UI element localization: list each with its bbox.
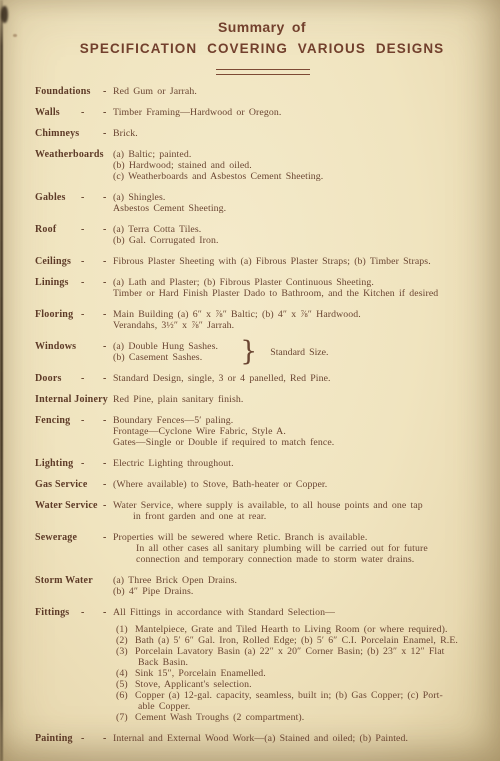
row-dash: - xyxy=(103,415,107,426)
spec-line: All Fittings in accordance with Standard… xyxy=(113,607,488,618)
spec-row: Water Service-Water Service, where suppl… xyxy=(35,500,488,522)
heading-subtitle: Summary of xyxy=(12,19,500,35)
row-content: (a) Baltic; painted.(b) Hardwood; staine… xyxy=(113,149,488,182)
spec-line: (b) 4″ Pipe Drains. xyxy=(113,586,488,597)
row-label-cell: Gables-- xyxy=(35,192,113,214)
spec-line: (a) Baltic; painted. xyxy=(113,149,488,160)
row-label-cell: Walls-- xyxy=(35,107,113,118)
brace-note: Standard Size. xyxy=(270,347,328,358)
row-content: Internal and External Wood Work—(a) Stai… xyxy=(113,733,488,744)
row-label-cell: Linings-- xyxy=(35,277,113,299)
spec-line: (a) Lath and Plaster; (b) Fibrous Plaste… xyxy=(113,277,488,288)
spec-line: (6)Copper (a) 12-gal. capacity, seamless… xyxy=(113,690,488,701)
spec-line: (2)Bath (a) 5′ 6″ Gal. Iron, Rolled Edge… xyxy=(113,635,488,646)
row-dash: - xyxy=(81,458,85,469)
page-heading: Summary of SPECIFICATION COVERING VARIOU… xyxy=(12,0,500,56)
spec-line: (b) Hardwood; stained and oiled. xyxy=(113,160,488,171)
row-dash: - xyxy=(81,107,85,118)
spec-line: Standard Design, single, 3 or 4 panelled… xyxy=(113,373,488,384)
row-label: Gables xyxy=(35,192,66,203)
row-dash: - xyxy=(81,733,85,744)
row-dash: - xyxy=(103,309,107,320)
row-content: Standard Design, single, 3 or 4 panelled… xyxy=(113,373,488,384)
row-content: Main Building (a) 6″ x ⅞″ Baltic; (b) 4″… xyxy=(113,309,488,331)
item-text: Copper (a) 12-gal. capacity, seamless, b… xyxy=(135,690,443,701)
item-text: Bath (a) 5′ 6″ Gal. Iron, Rolled Edge; (… xyxy=(135,635,458,646)
spec-line: (c) Weatherboards and Asbestos Cement Sh… xyxy=(113,171,488,182)
spec-line: able Copper. xyxy=(113,701,488,712)
spec-row: Gas Service-(Where available) to Stove, … xyxy=(35,479,488,490)
spec-line: Electric Lighting throughout. xyxy=(113,458,488,469)
spec-line: Main Building (a) 6″ x ⅞″ Baltic; (b) 4″… xyxy=(113,309,488,320)
row-dash: - xyxy=(103,224,107,235)
row-content: Timber Framing—Hardwood or Oregon. xyxy=(113,107,488,118)
spec-line: Boundary Fences—5′ paling. xyxy=(113,415,488,426)
row-content: (a) Three Brick Open Drains.(b) 4″ Pipe … xyxy=(113,575,488,597)
row-dash: - xyxy=(81,192,85,203)
spec-line: (7)Cement Wash Troughs (2 compartment). xyxy=(113,712,488,723)
spec-line: In all other cases all sanitary plumbing… xyxy=(113,543,488,554)
spec-row: Painting--Internal and External Wood Wor… xyxy=(35,733,488,744)
row-dash: - xyxy=(81,373,85,384)
spec-row: Walls--Timber Framing—Hardwood or Oregon… xyxy=(35,107,488,118)
row-label: Walls xyxy=(35,107,60,118)
row-dash: - xyxy=(103,277,107,288)
spec-line: (5)Stove, Applicant's selection. xyxy=(113,679,488,690)
spec-row: Flooring--Main Building (a) 6″ x ⅞″ Balt… xyxy=(35,309,488,331)
spec-line: (a) Double Hung Sashes. xyxy=(113,341,218,352)
item-number: (7) xyxy=(116,712,135,723)
row-label: Sewerage xyxy=(35,532,77,543)
row-label-cell: Doors-- xyxy=(35,373,113,384)
spec-row: Fencing--Boundary Fences—5′ paling.Front… xyxy=(35,415,488,448)
item-text: Sink 15″, Porcelain Enamelled. xyxy=(135,668,266,679)
row-dash: - xyxy=(103,107,107,118)
spec-line: Back Basin. xyxy=(113,657,488,668)
spec-line: (Where available) to Stove, Bath-heater … xyxy=(113,479,488,490)
row-label: Flooring xyxy=(35,309,73,320)
item-number: (4) xyxy=(116,668,135,679)
spec-row: Doors--Standard Design, single, 3 or 4 p… xyxy=(35,373,488,384)
spec-line: (b) Casement Sashes. xyxy=(113,352,218,363)
row-label-cell: Sewerage- xyxy=(35,532,113,565)
spec-row: Windows-(a) Double Hung Sashes.(b) Casem… xyxy=(35,341,488,363)
row-label-cell: Windows- xyxy=(35,341,113,363)
row-dash: - xyxy=(103,373,107,384)
spec-row: Storm Water(a) Three Brick Open Drains.(… xyxy=(35,575,488,597)
spec-row: Linings--(a) Lath and Plaster; (b) Fibro… xyxy=(35,277,488,299)
spec-line: Water Service, where supply is available… xyxy=(113,500,488,511)
spec-row: Gables--(a) Shingles.Asbestos Cement She… xyxy=(35,192,488,214)
windows-options: (a) Double Hung Sashes.(b) Casement Sash… xyxy=(113,341,488,363)
row-label: Windows xyxy=(35,341,76,352)
item-number: (6) xyxy=(116,690,135,701)
row-content: Red Pine, plain sanitary finish. xyxy=(113,394,488,405)
scan-corner-mark xyxy=(1,6,8,23)
spec-line: (4)Sink 15″, Porcelain Enamelled. xyxy=(113,668,488,679)
spec-row: Sewerage-Properties will be sewered wher… xyxy=(35,532,488,565)
row-content: (a) Shingles.Asbestos Cement Sheeting. xyxy=(113,192,488,214)
row-dash: - xyxy=(103,733,107,744)
double-rule-divider xyxy=(216,69,310,75)
row-label-cell: Gas Service- xyxy=(35,479,113,490)
row-dash: - xyxy=(103,607,107,618)
row-dash: - xyxy=(81,607,85,618)
row-dash: - xyxy=(81,309,85,320)
spec-line: connection and temporary connection made… xyxy=(113,554,488,565)
row-label: Lighting xyxy=(35,458,73,469)
row-content: Red Gum or Jarrah. xyxy=(113,86,488,97)
windows-option-lines: (a) Double Hung Sashes.(b) Casement Sash… xyxy=(113,341,218,363)
row-label-cell: Painting-- xyxy=(35,733,113,744)
spec-line: (1)Mantelpiece, Grate and Tiled Hearth t… xyxy=(113,624,488,635)
spec-line: Timber Framing—Hardwood or Oregon. xyxy=(113,107,488,118)
spec-line: Asbestos Cement Sheeting. xyxy=(113,203,488,214)
row-dash: - xyxy=(103,86,107,97)
spec-row: Roof--(a) Terra Cotta Tiles.(b) Gal. Cor… xyxy=(35,224,488,246)
row-dash: - xyxy=(103,458,107,469)
item-number: (2) xyxy=(116,635,135,646)
spec-row: Lighting--Electric Lighting throughout. xyxy=(35,458,488,469)
row-label: Fittings xyxy=(35,607,69,618)
row-dash: - xyxy=(81,277,85,288)
item-text: Stove, Applicant's selection. xyxy=(135,679,252,690)
row-content: (a) Double Hung Sashes.(b) Casement Sash… xyxy=(113,341,488,363)
row-label-cell: Chimneys- xyxy=(35,128,113,139)
row-content: (a) Lath and Plaster; (b) Fibrous Plaste… xyxy=(113,277,488,299)
spec-line: Fibrous Plaster Sheeting with (a) Fibrou… xyxy=(113,256,488,267)
row-label-cell: Lighting-- xyxy=(35,458,113,469)
row-label-cell: Internal Joinery xyxy=(35,394,113,405)
row-label: Water Service xyxy=(35,500,98,511)
row-content: Electric Lighting throughout. xyxy=(113,458,488,469)
spec-line: Red Pine, plain sanitary finish. xyxy=(113,394,488,405)
row-label: Doors xyxy=(35,373,62,384)
row-content: All Fittings in accordance with Standard… xyxy=(113,607,488,723)
item-number: (1) xyxy=(116,624,135,635)
spec-line: Timber or Hard Finish Plaster Dado to Ba… xyxy=(113,288,488,299)
row-dash: - xyxy=(103,192,107,203)
row-label: Chimneys xyxy=(35,128,79,139)
item-text: Porcelain Lavatory Basin (a) 22″ x 20″ C… xyxy=(135,646,445,657)
row-label: Roof xyxy=(35,224,56,235)
page-left-edge-shadow xyxy=(0,0,3,761)
spec-row: Fittings--All Fittings in accordance wit… xyxy=(35,607,488,723)
spec-line: Gates—Single or Double if required to ma… xyxy=(113,437,488,448)
spec-line: (a) Terra Cotta Tiles. xyxy=(113,224,488,235)
item-number: (3) xyxy=(116,646,135,657)
row-label-cell: Flooring-- xyxy=(35,309,113,331)
row-label: Ceilings xyxy=(35,256,71,267)
row-label-cell: Ceilings-- xyxy=(35,256,113,267)
spec-row: Weatherboards(a) Baltic; painted.(b) Har… xyxy=(35,149,488,182)
row-label-cell: Foundations- xyxy=(35,86,113,97)
spec-line: Frontage—Cyclone Wire Fabric, Style A. xyxy=(113,426,488,437)
spec-line: Properties will be sewered where Retic. … xyxy=(113,532,488,543)
row-label: Storm Water xyxy=(35,575,93,586)
spec-line: Internal and External Wood Work—(a) Stai… xyxy=(113,733,488,744)
row-content: Properties will be sewered where Retic. … xyxy=(113,532,488,565)
row-label: Fencing xyxy=(35,415,70,426)
row-dash: - xyxy=(81,224,85,235)
spec-line: Red Gum or Jarrah. xyxy=(113,86,488,97)
spec-line: (3)Porcelain Lavatory Basin (a) 22″ x 20… xyxy=(113,646,488,657)
row-label-cell: Fittings-- xyxy=(35,607,113,723)
row-dash: - xyxy=(103,532,107,543)
row-content: (a) Terra Cotta Tiles.(b) Gal. Corrugate… xyxy=(113,224,488,246)
row-label: Linings xyxy=(35,277,69,288)
row-dash: - xyxy=(103,479,107,490)
row-label: Gas Service xyxy=(35,479,87,490)
row-label-cell: Storm Water xyxy=(35,575,113,597)
spec-row: Chimneys-Brick. xyxy=(35,128,488,139)
spec-line: (a) Shingles. xyxy=(113,192,488,203)
spec-line: Brick. xyxy=(113,128,488,139)
spec-row: Ceilings--Fibrous Plaster Sheeting with … xyxy=(35,256,488,267)
spec-row: Internal JoineryRed Pine, plain sanitary… xyxy=(35,394,488,405)
scanned-specification-page: Summary of SPECIFICATION COVERING VARIOU… xyxy=(0,0,500,761)
row-dash: - xyxy=(103,256,107,267)
row-label-cell: Water Service- xyxy=(35,500,113,522)
spec-rows: Foundations-Red Gum or Jarrah.Walls--Tim… xyxy=(0,75,500,744)
row-content: Boundary Fences—5′ paling.Frontage—Cyclo… xyxy=(113,415,488,448)
page-title: SPECIFICATION COVERING VARIOUS DESIGNS xyxy=(12,41,500,56)
item-number: (5) xyxy=(116,679,135,690)
item-text: Cement Wash Troughs (2 compartment). xyxy=(135,712,304,723)
row-content: Fibrous Plaster Sheeting with (a) Fibrou… xyxy=(113,256,488,267)
row-dash: - xyxy=(103,128,107,139)
row-content: Water Service, where supply is available… xyxy=(113,500,488,522)
row-content: Brick. xyxy=(113,128,488,139)
row-dash: - xyxy=(81,415,85,426)
spec-line: (a) Three Brick Open Drains. xyxy=(113,575,488,586)
row-label: Foundations xyxy=(35,86,91,97)
row-label: Internal Joinery xyxy=(35,394,108,405)
spec-line: in front garden and one at rear. xyxy=(113,511,488,522)
row-label-cell: Fencing-- xyxy=(35,415,113,448)
spec-row: Foundations-Red Gum or Jarrah. xyxy=(35,86,488,97)
row-dash: - xyxy=(103,500,107,511)
row-label-cell: Weatherboards xyxy=(35,149,113,182)
item-text: Mantelpiece, Grate and Tiled Hearth to L… xyxy=(135,624,448,635)
row-dash: - xyxy=(103,341,107,352)
row-dash: - xyxy=(81,256,85,267)
spec-line: (b) Gal. Corrugated Iron. xyxy=(113,235,488,246)
spec-line: Verandahs, 3½″ x ⅞″ Jarrah. xyxy=(113,320,488,331)
row-label: Painting xyxy=(35,733,73,744)
row-content: (Where available) to Stove, Bath-heater … xyxy=(113,479,488,490)
row-label-cell: Roof-- xyxy=(35,224,113,246)
brace-icon: } xyxy=(240,341,257,363)
row-label: Weatherboards xyxy=(35,149,104,160)
